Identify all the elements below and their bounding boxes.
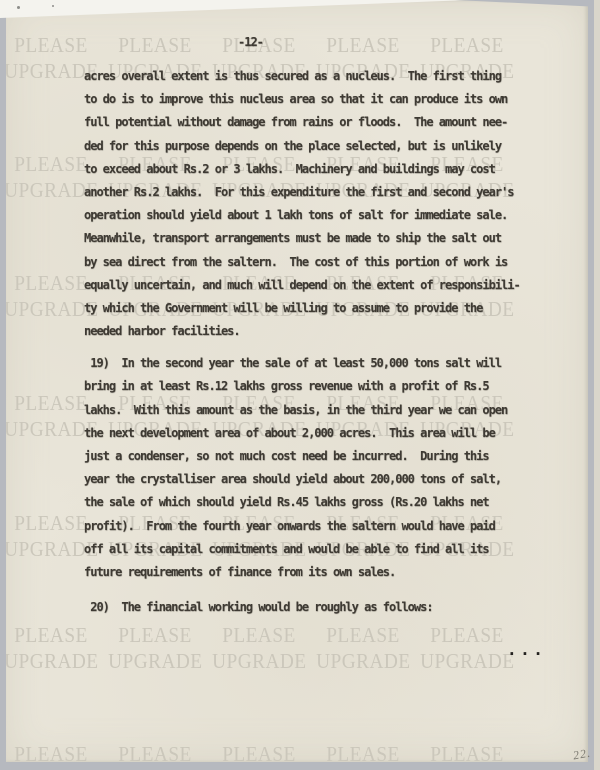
watermark-word: PLEASE [326, 623, 400, 648]
watermark-word: PLEASE [430, 623, 504, 648]
text-line: 19) In the second year the sale of at le… [84, 352, 554, 375]
watermark-word: PLEASE [430, 742, 504, 762]
watermark-row: PLEASEPLEASEPLEASEPLEASEPLEASE [6, 623, 519, 648]
text-line: ded for this purpose depends on the plac… [84, 135, 554, 158]
text-line: ty which the Government will be willing … [84, 297, 554, 320]
handwritten-page-note: 22. [572, 746, 592, 764]
document-page: PLEASEPLEASEPLEASEPLEASEPLEASEUPGRADEUPG… [6, 0, 588, 762]
watermark-cell: PLEASE [311, 623, 415, 648]
watermark-word: PLEASE [222, 742, 296, 762]
watermark-word: PLEASE [14, 391, 88, 416]
watermark-cell: PLEASE [6, 623, 103, 648]
watermark-cell: PLEASE [207, 623, 311, 648]
text-line: to exceed about Rs.2 or 3 lakhs. Machine… [84, 158, 554, 181]
text-line: bring in at least Rs.12 lakhs gross reve… [84, 375, 554, 398]
watermark-cell: PLEASE [415, 33, 519, 58]
text-line: profit). From the fourth year onwards th… [84, 515, 554, 538]
watermark-word: PLEASE [14, 742, 88, 762]
text-line: future requirements of finance from its … [84, 561, 554, 584]
watermark-word: PLEASE [118, 33, 192, 58]
text-line: by sea direct from the saltern. The cost… [84, 251, 554, 274]
watermark-word: UPGRADE [108, 649, 202, 674]
watermark-row: UPGRADEUPGRADEUPGRADEUPGRADEUPGRADE [6, 649, 519, 674]
scanned-document: PLEASEPLEASEPLEASEPLEASEPLEASEUPGRADEUPG… [0, 0, 600, 770]
watermark-cell: UPGRADE [415, 649, 519, 674]
watermark-word: PLEASE [326, 33, 400, 58]
watermark-word: PLEASE [326, 742, 400, 762]
watermark-cell: UPGRADE [207, 649, 311, 674]
watermark-cell: UPGRADE [311, 649, 415, 674]
text-line: the sale of which should yield Rs.45 lak… [84, 491, 554, 514]
page-number: -12- [238, 31, 263, 54]
text-line: needed harbor facilities. [84, 320, 554, 343]
watermark-word: UPGRADE [6, 649, 98, 674]
watermark-word: UPGRADE [316, 649, 410, 674]
watermark-word: PLEASE [14, 623, 88, 648]
watermark-word: PLEASE [118, 623, 192, 648]
watermark-cell: PLEASE [207, 742, 311, 762]
watermark-word: PLEASE [14, 152, 88, 177]
watermark-word: PLEASE [118, 742, 192, 762]
text-line: acres overall extent is thus secured as … [84, 65, 554, 88]
text-line: equally uncertain, and much will depend … [84, 274, 554, 297]
text-line: off all its capital commitments and woul… [84, 538, 554, 561]
watermark-cell: PLEASE [6, 742, 103, 762]
paragraph: 19) In the second year the sale of at le… [84, 352, 554, 584]
typed-ellipsis: ... [507, 640, 546, 659]
watermark-word: PLEASE [14, 271, 88, 296]
text-line: full potential without damage from rains… [84, 111, 554, 134]
document-body-text: acres overall extent is thus secured as … [84, 65, 554, 619]
watermark-word: UPGRADE [212, 649, 306, 674]
watermark-word: PLEASE [14, 511, 88, 536]
underlying-page-edge [594, 0, 600, 770]
watermark-cell: PLEASE [103, 33, 207, 58]
text-line: another Rs.2 lakhs. For this expenditure… [84, 181, 554, 204]
text-line: to do is to improve this nucleus area so… [84, 88, 554, 111]
paragraph: acres overall extent is thus secured as … [84, 65, 554, 343]
dust-speck [52, 5, 54, 7]
text-line: lakhs. With this amount as the basis, in… [84, 399, 554, 422]
watermark-cell: PLEASE [415, 623, 519, 648]
watermark-word: PLEASE [14, 33, 88, 58]
watermark-cell: PLEASE [103, 742, 207, 762]
watermark-cell: PLEASE [311, 33, 415, 58]
text-line: just a condenser, so not much cost need … [84, 445, 554, 468]
text-line: 20) The financial working would be rough… [84, 596, 554, 619]
watermark-cell: PLEASE [6, 33, 103, 58]
text-line: operation should yield about 1 lakh tons… [84, 204, 554, 227]
text-line: year the crystalliser area should yield … [84, 468, 554, 491]
watermark-row: PLEASEPLEASEPLEASEPLEASEPLEASE [6, 742, 519, 762]
watermark-cell: UPGRADE [103, 649, 207, 674]
watermark-cell: UPGRADE [6, 649, 103, 674]
watermark-word: PLEASE [430, 33, 504, 58]
watermark-word: PLEASE [222, 623, 296, 648]
watermark-cell: PLEASE [415, 742, 519, 762]
watermark-cell: PLEASE [311, 742, 415, 762]
dust-speck [17, 6, 20, 9]
text-line: the next development area of about 2,000… [84, 422, 554, 445]
text-line: Meanwhile, transport arrangements must b… [84, 227, 554, 250]
watermark-cell: PLEASE [103, 623, 207, 648]
paragraph: 20) The financial working would be rough… [84, 596, 554, 619]
watermark-word: UPGRADE [420, 649, 514, 674]
